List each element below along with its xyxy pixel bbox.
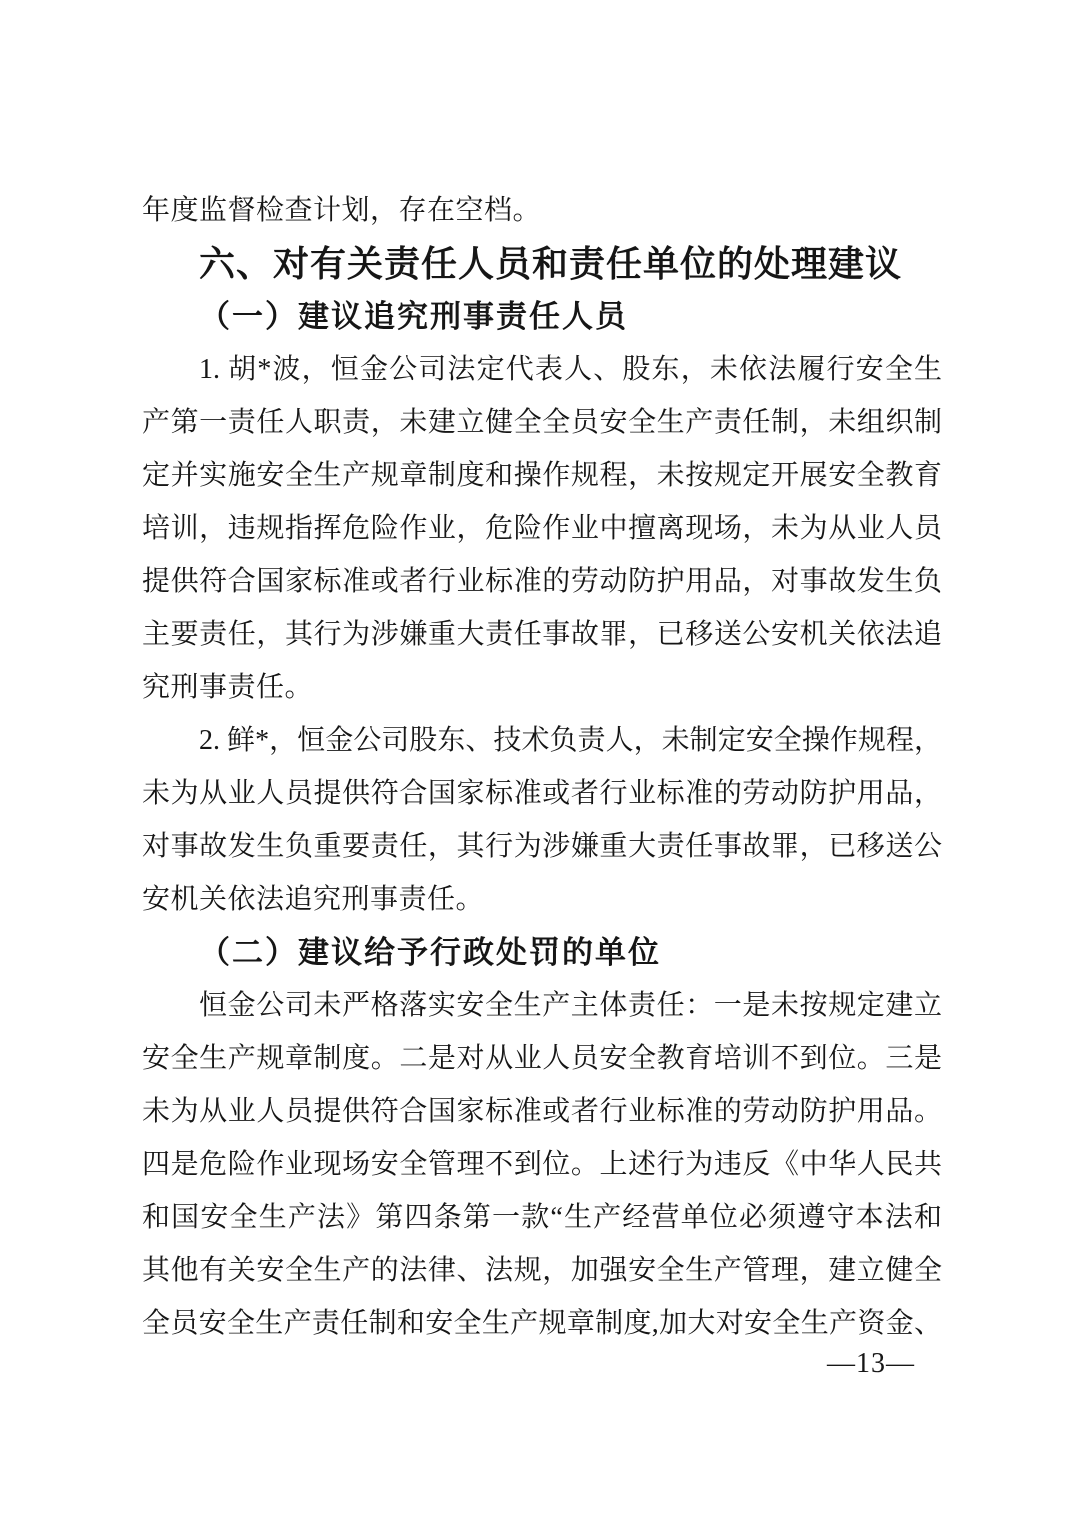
text-line-12: 未为从业人员提供符合国家标准或者行业标准的劳动防护用品， xyxy=(142,767,942,820)
text-line-14: 安机关依法追究刑事责任。 xyxy=(142,873,942,926)
document-body: 年度监督检查计划，存在空档。六、对有关责任人员和责任单位的处理建议（一）建议追究… xyxy=(142,184,942,1350)
text-line-4: 1. 胡*波，恒金公司法定代表人、股东，未依法履行安全生 xyxy=(142,343,942,396)
text-line-7: 培训，违规指挥危险作业，危险作业中擅离现场，未为从业人员 xyxy=(142,502,942,555)
text-line-18: 未为从业人员提供符合国家标准或者行业标准的劳动防护用品。 xyxy=(142,1085,942,1138)
text-line-9: 主要责任，其行为涉嫌重大责任事故罪，已移送公安机关依法追 xyxy=(142,608,942,661)
text-line-3: （一）建议追究刑事责任人员 xyxy=(142,290,942,343)
document-page: 年度监督检查计划，存在空档。六、对有关责任人员和责任单位的处理建议（一）建议追究… xyxy=(0,0,1074,1520)
text-line-2: 六、对有关责任人员和责任单位的处理建议 xyxy=(142,237,942,290)
text-line-13: 对事故发生负重要责任，其行为涉嫌重大责任事故罪，已移送公 xyxy=(142,820,942,873)
text-line-22: 全员安全生产责任制和安全生产规章制度,加大对安全生产资金、 xyxy=(142,1297,942,1350)
text-line-8: 提供符合国家标准或者行业标准的劳动防护用品，对事故发生负 xyxy=(142,555,942,608)
text-line-20: 和国安全生产法》第四条第一款“生产经营单位必须遵守本法和 xyxy=(142,1191,942,1244)
text-line-6: 定并实施安全生产规章制度和操作规程，未按规定开展安全教育 xyxy=(142,449,942,502)
text-line-21: 其他有关安全生产的法律、法规，加强安全生产管理，建立健全 xyxy=(142,1244,942,1297)
text-line-17: 安全生产规章制度。二是对从业人员安全教育培训不到位。三是 xyxy=(142,1032,942,1085)
text-line-1: 年度监督检查计划，存在空档。 xyxy=(142,184,942,237)
text-line-16: 恒金公司未严格落实安全生产主体责任：一是未按规定建立 xyxy=(142,979,942,1032)
text-line-19: 四是危险作业现场安全管理不到位。上述行为违反《中华人民共 xyxy=(142,1138,942,1191)
text-line-10: 究刑事责任。 xyxy=(142,661,942,714)
text-line-15: （二）建议给予行政处罚的单位 xyxy=(142,926,942,979)
page-number: —13— xyxy=(827,1348,915,1380)
text-line-5: 产第一责任人职责，未建立健全全员安全生产责任制，未组织制 xyxy=(142,396,942,449)
text-line-11: 2. 鲜*，恒金公司股东、技术负责人，未制定安全操作规程， xyxy=(142,714,942,767)
